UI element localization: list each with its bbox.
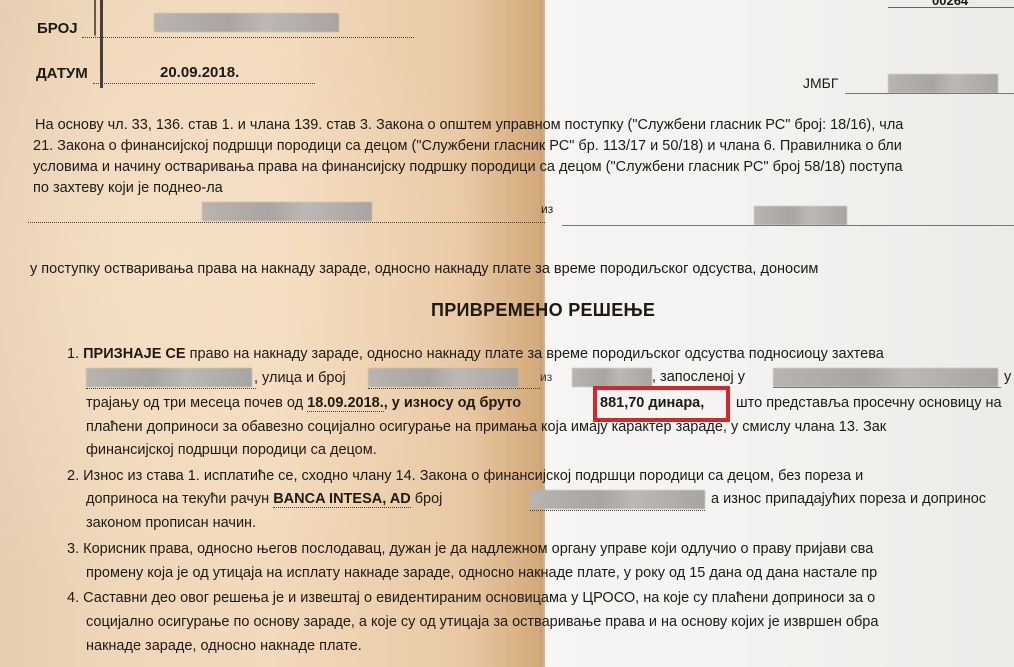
preamble-line: условима и начину остваривања права на ф… (33, 158, 903, 176)
item-number: 1. (67, 346, 79, 362)
item-2-text: Износ из става 1. исплатиће се, сходно ч… (83, 468, 863, 484)
stamp-line (94, 0, 96, 36)
broj-label: БРОЈ (37, 20, 78, 38)
start-date: 18.09.2018. (307, 395, 384, 412)
redacted-applicant-name (202, 202, 372, 221)
redacted-city (572, 368, 652, 387)
iz-label-2: из (540, 368, 552, 386)
item-2-line-2: доприноса на текући рачун BANCA INTESA, … (86, 490, 442, 508)
datum-label: ДАТУМ (36, 65, 88, 83)
preamble-line: по захтеву који је поднео-ла (33, 179, 223, 197)
street-dotline (368, 388, 540, 389)
jmbg-label: ЈМБГ (803, 74, 838, 92)
item-2-text: доприноса на текући рачун (86, 491, 269, 507)
redacted-street (368, 368, 518, 387)
redacted-broj (154, 13, 339, 32)
jmbg-line (845, 93, 1014, 94)
redacted-employer (773, 368, 998, 387)
item-1-line-4: плаћени доприноси за обавезно социјално … (86, 418, 886, 436)
item-2-line2-end: а износ припадајућих пореза и допринос (711, 490, 986, 508)
redacted-account (530, 490, 705, 509)
procedure-line: у поступку остваривања права на накнаду … (30, 260, 818, 278)
bank-name: BANCA INTESA, AD (273, 491, 410, 508)
item-1-line3-end: што представља просечну основицу на (736, 394, 1002, 412)
item-1-line-5: финансијској подршци породици са децом. (86, 441, 377, 459)
datum-dotline (93, 83, 315, 84)
item-1-text: право на накнаду зараде, односно накнаду… (190, 346, 884, 362)
item-1-line2-end: у (1004, 368, 1011, 386)
item-4-text: Саставни део овог решења је и извештај о… (83, 590, 875, 606)
ref-number: 00264 (932, 0, 968, 10)
street-label: , улица и број (254, 369, 346, 387)
account-dotline (530, 510, 705, 511)
item-2-line-3: законом прописан начин. (86, 514, 256, 532)
applicant-dotline (28, 222, 545, 223)
document-title: ПРИВРЕМЕНО РЕШЕЊЕ (431, 300, 655, 321)
item-number: 2. (67, 468, 79, 484)
item-number: 4. (67, 590, 79, 606)
ref-line (888, 7, 1014, 8)
item-2-line-1: 2. Износ из става 1. исплатиће се, сходн… (67, 467, 863, 485)
name-dotline (86, 388, 256, 389)
item-3-line-1: 3. Корисник права, односно његов послода… (67, 540, 873, 558)
redacted-place (754, 206, 847, 225)
item-4-line-2: социјално осигурање по основу зараде, а … (86, 613, 878, 631)
item-1-line-1: 1. ПРИЗНАЈЕ СЕ право на накнаду зараде, … (67, 345, 884, 363)
preamble-line: 21. Закона о финансијској подршци породи… (33, 137, 902, 155)
item-1-lead: ПРИЗНАЈЕ СЕ (83, 346, 185, 362)
item-1-line-3: трајању од три месеца почев од 18.09.201… (86, 394, 521, 412)
stamp-line (100, 0, 103, 88)
broj-dotline (82, 37, 414, 38)
preamble-line: На основу чл. 33, 136. став 1. и члана 1… (35, 116, 903, 134)
item-2-text: број (415, 491, 443, 507)
item-number: 3. (67, 541, 79, 557)
item-3-line-2: промену која је од утицаја на исплату на… (86, 564, 877, 582)
redacted-name (86, 368, 252, 387)
item-4-line-3: накнаде зараде, односно накнаде плате. (86, 637, 362, 655)
employed-label: , запосленој у (652, 368, 745, 386)
item-1-text: , у износу од бруто (384, 395, 521, 411)
datum-value: 20.09.2018. (160, 64, 239, 82)
iz-label: из (541, 200, 553, 218)
amount-highlight-box (593, 386, 730, 422)
item-3-text: Корисник права, односно његов послодавац… (83, 541, 873, 557)
employer-line (773, 387, 1001, 388)
place-line (562, 225, 1014, 226)
item-4-line-1: 4. Саставни део овог решења је и извешта… (67, 589, 875, 607)
item-1-text: трајању од три месеца почев од (86, 395, 303, 411)
redacted-jmbg (888, 74, 998, 93)
